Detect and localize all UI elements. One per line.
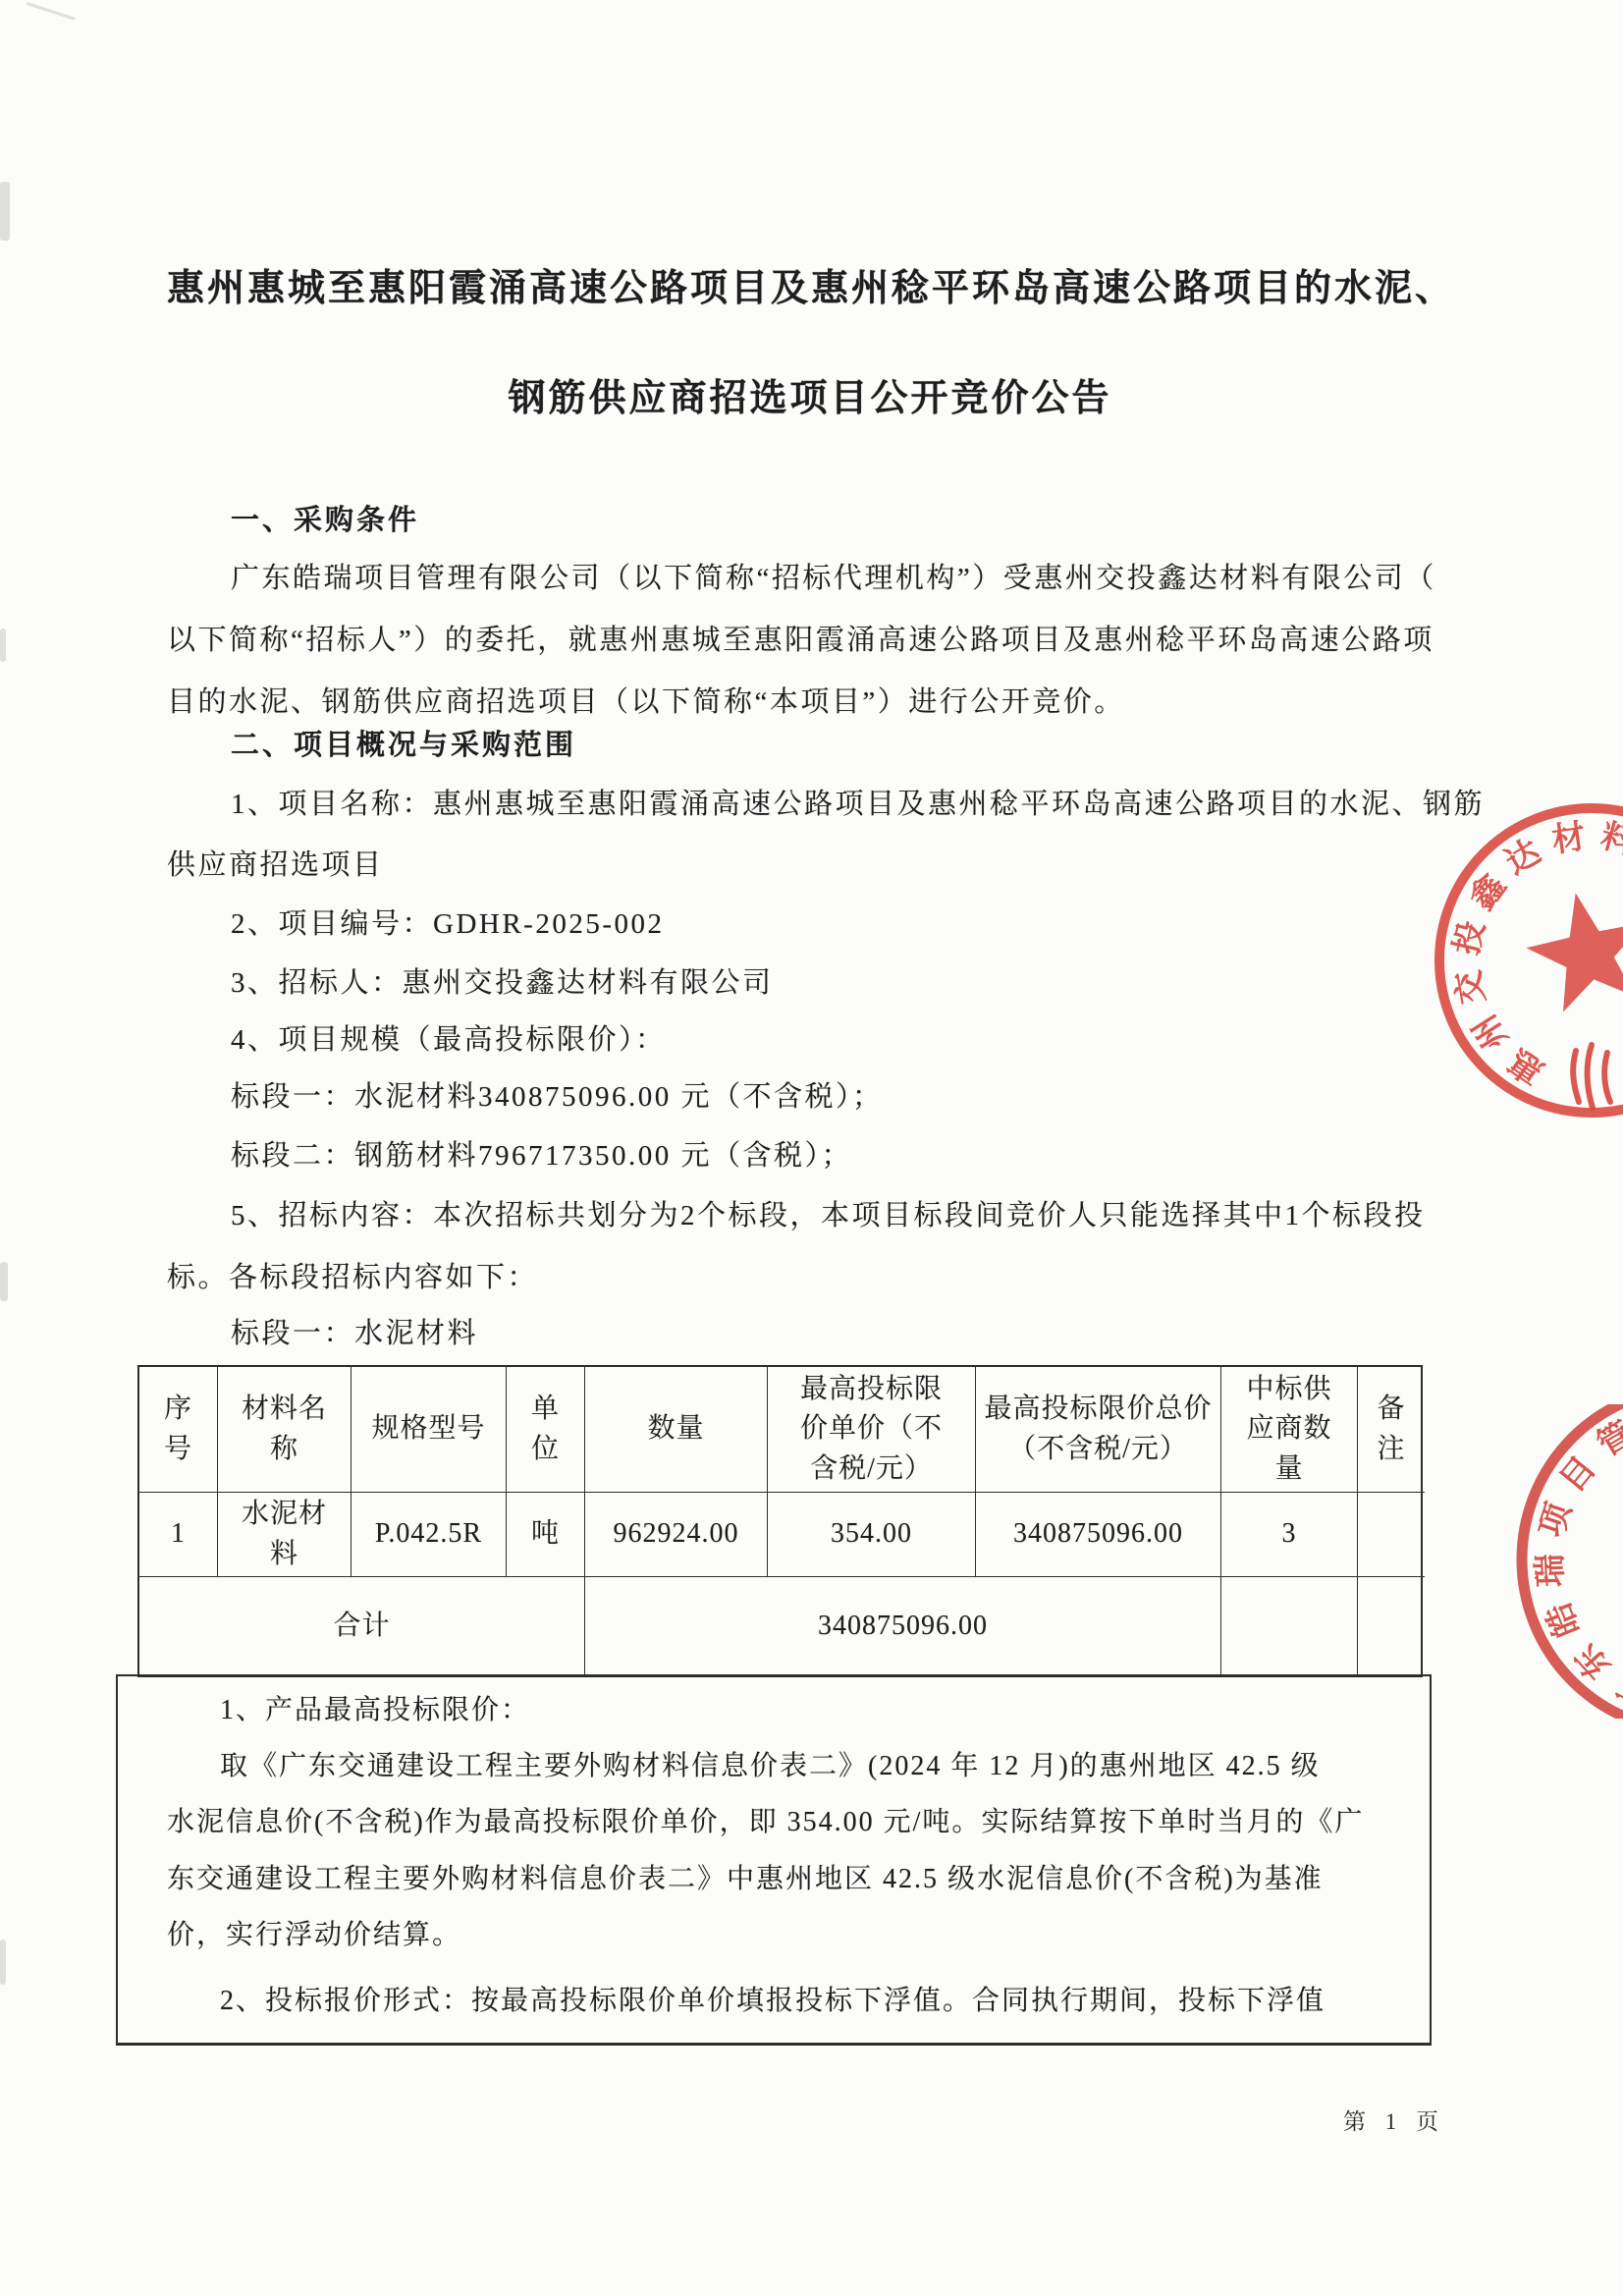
col-header-total-price: 最高投标限价总价（不含税/元） bbox=[976, 1367, 1221, 1493]
para-line: 以下简称“招标人”）的委托，就惠州惠城至惠阳霞涌高速公路项目及惠州稔平环岛高速公… bbox=[167, 619, 1453, 662]
item-lot2-price: 标段二：钢筋材料796717350.00 元（含税）； bbox=[231, 1134, 1453, 1177]
col-header-unit-price: 最高投标限价单价（不含税/元） bbox=[768, 1367, 976, 1493]
lot1-table: 序号 材料名称 规格型号 单位 数量 最高投标限价单价（不含税/元） 最高投标限… bbox=[137, 1365, 1423, 1677]
total-row-value: 340875096.00 bbox=[585, 1577, 1221, 1675]
para-line: 广东皓瑞项目管理有限公司（以下简称“招标代理机构”）受惠州交投鑫达材料有限公司（ bbox=[231, 557, 1453, 600]
svg-text:广东皓瑞项目管理有限公司: 广东皓瑞项目管理有限公司 bbox=[1531, 1404, 1623, 1715]
company-seal-xinda: 惠州交投鑫达材料有限公司 bbox=[1412, 774, 1623, 1186]
col-header-material: 材料名称 bbox=[218, 1367, 352, 1493]
scan-artifact bbox=[0, 182, 10, 241]
table-notes-box: 1、产品最高投标限价： 取《广东交通建设工程主要外购材料信息价表二》(2024 … bbox=[116, 1674, 1432, 2046]
scan-artifact bbox=[27, 2, 76, 21]
item-project-scale: 4、项目规模（最高投标限价）： bbox=[231, 1018, 1453, 1062]
company-seal-graphic: 惠州交投鑫达材料有限公司 bbox=[1412, 774, 1623, 1186]
item-tender-content-line-1: 5、招标内容：本次招标共划分为2个标段，本项目标段间竞价人只能选择其中1个标段投 bbox=[231, 1194, 1453, 1237]
row-cell-quantity: 962924.00 bbox=[585, 1493, 768, 1577]
item-lot1-price: 标段一：水泥材料340875096.00 元（不含税）； bbox=[231, 1075, 1453, 1119]
doc-title-line-2: 钢筋供应商招选项目公开竞价公告 bbox=[167, 377, 1453, 420]
total-row-empty-remark bbox=[1358, 1577, 1425, 1675]
item-project-name-line-2: 供应商招选项目 bbox=[167, 844, 1453, 887]
total-row-label: 合计 bbox=[139, 1577, 585, 1675]
table-caption-lot1: 标段一：水泥材料 bbox=[231, 1312, 1453, 1355]
col-header-spec: 规格型号 bbox=[352, 1367, 507, 1493]
item-project-code: 2、项目编号：GDHR-2025-002 bbox=[231, 902, 1453, 946]
scan-artifact bbox=[0, 1940, 6, 1985]
note-line: 1、产品最高投标限价： bbox=[220, 1690, 530, 1731]
item-project-name-line-1: 1、项目名称：惠州惠城至惠阳霞涌高速公路项目及惠州稔平环岛高速公路项目的水泥、钢… bbox=[231, 783, 1453, 826]
scan-artifact bbox=[0, 1262, 8, 1301]
agency-seal-haorui: 广东皓瑞项目管理有限公司 bbox=[1473, 1404, 1623, 1719]
agency-seal-graphic: 广东皓瑞项目管理有限公司 bbox=[1473, 1404, 1623, 1719]
row-cell-total-price: 340875096.00 bbox=[976, 1493, 1221, 1577]
col-header-remark: 备注 bbox=[1358, 1367, 1425, 1493]
scan-artifact bbox=[0, 629, 6, 662]
document-page: 惠州惠城至惠阳霞涌高速公路项目及惠州稔平环岛高速公路项目的水泥、 钢筋供应商招选… bbox=[0, 0, 1623, 2296]
row-cell-remark bbox=[1358, 1493, 1425, 1577]
note-line: 价，实行浮动价结算。 bbox=[167, 1915, 461, 1956]
item-tenderee: 3、招标人：惠州交投鑫达材料有限公司 bbox=[231, 961, 1453, 1005]
row-cell-seq: 1 bbox=[139, 1493, 218, 1577]
note-line: 2、投标报价形式：按最高投标限价单价填报投标下浮值。合同执行期间，投标下浮值 bbox=[220, 1981, 1325, 2022]
note-line: 取《广东交通建设工程主要外购材料信息价表二》(2024 年 12 月)的惠州地区… bbox=[220, 1746, 1321, 1787]
col-header-seq: 序号 bbox=[139, 1367, 218, 1493]
seal-star-icon bbox=[1526, 893, 1623, 1011]
section-heading-project-overview: 二、项目概况与采购范围 bbox=[231, 724, 1453, 767]
row-cell-unit: 吨 bbox=[507, 1493, 585, 1577]
col-header-winner-count: 中标供应商数量 bbox=[1221, 1367, 1358, 1493]
col-header-unit: 单位 bbox=[507, 1367, 585, 1493]
note-line: 东交通建设工程主要外购材料信息价表二》中惠州地区 42.5 级水泥信息价(不含税… bbox=[167, 1859, 1324, 1900]
page-number: 第 1 页 bbox=[1343, 2104, 1445, 2136]
seal-company-name-text: 广东皓瑞项目管理有限公司 bbox=[1531, 1404, 1623, 1715]
row-cell-material: 水泥材料 bbox=[218, 1493, 352, 1577]
seal-signature-mark bbox=[1573, 1045, 1610, 1108]
note-line: 水泥信息价(不含税)作为最高投标限价单价，即 354.00 元/吨。实际结算按下… bbox=[167, 1802, 1364, 1843]
para-line: 目的水泥、钢筋供应商招选项目（以下简称“本项目”）进行公开竞价。 bbox=[167, 681, 1453, 724]
row-cell-spec: P.042.5R bbox=[352, 1493, 507, 1577]
section-heading-procurement-conditions: 一、采购条件 bbox=[231, 499, 1453, 542]
row-cell-unit-price: 354.00 bbox=[768, 1493, 976, 1577]
doc-title-line-1: 惠州惠城至惠阳霞涌高速公路项目及惠州稔平环岛高速公路项目的水泥、 bbox=[167, 267, 1453, 310]
col-header-quantity: 数量 bbox=[585, 1367, 768, 1493]
item-tender-content-line-2: 标。各标段招标内容如下： bbox=[167, 1256, 1453, 1299]
row-cell-winner-count: 3 bbox=[1221, 1493, 1358, 1577]
total-row-empty-winner bbox=[1221, 1577, 1358, 1675]
